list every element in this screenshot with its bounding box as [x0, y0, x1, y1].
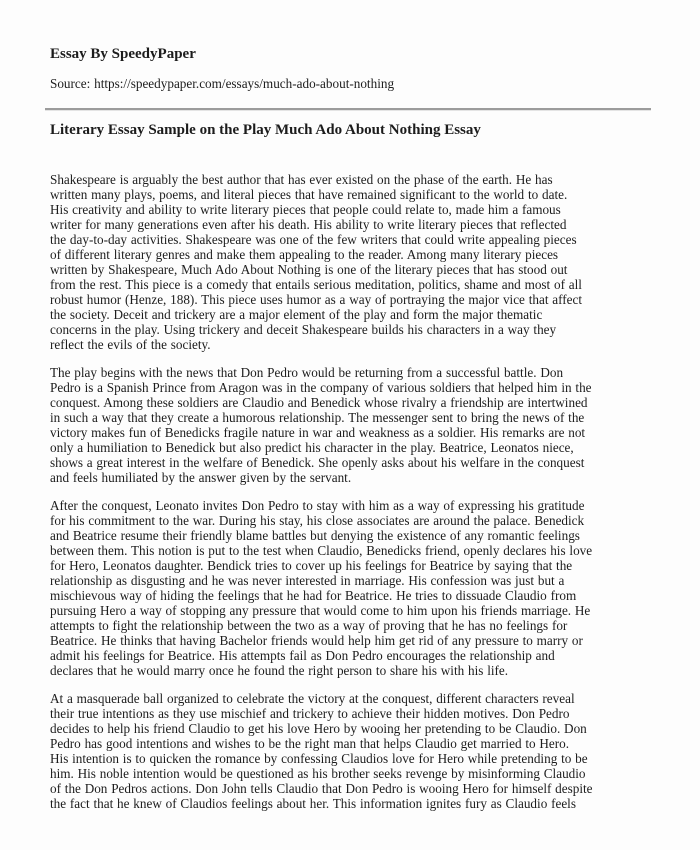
essay-line: shows a great interest in the welfare of…: [50, 455, 690, 470]
essay-line: At a masquerade ball organized to celebr…: [50, 691, 690, 706]
essay-line: Pedro is a Spanish Prince from Aragon wa…: [50, 380, 690, 395]
essay-line: Pedro has good intentions and wishes to …: [50, 736, 690, 751]
essay-title: Literary Essay Sample on the Play Much A…: [50, 122, 690, 138]
essay-line: of different literary genres and make th…: [50, 247, 690, 262]
source-line: Source: https://speedypaper.com/essays/m…: [50, 76, 690, 91]
essay-line: attempts to fight the relationship betwe…: [50, 618, 690, 633]
essay-line: from the rest. This piece is a comedy th…: [50, 277, 690, 292]
essay-line: concerns in the play. Using trickery and…: [50, 322, 690, 337]
source-label: Source:: [50, 76, 90, 91]
essay-line: the society. Deceit and trickery are a m…: [50, 307, 690, 322]
essay-line: and Beatrice resume their friendly blame…: [50, 528, 690, 543]
essay-line: admit his feelings for Beatrice. His att…: [50, 648, 690, 663]
essay-line: The play begins with the news that Don P…: [50, 365, 690, 380]
essay-line: written by Shakespeare, Much Ado About N…: [50, 262, 690, 277]
essay-line: for his commitment to the war. During hi…: [50, 513, 690, 528]
essay-line: mischievous way of hiding the feelings t…: [50, 588, 690, 603]
essay-line: decides to help his friend Claudio to ge…: [50, 721, 690, 736]
essay-line: relationship as disgusting and he was ne…: [50, 573, 690, 588]
essay-line: him. His noble intention would be questi…: [50, 766, 690, 781]
essay-line: in such a way that they create a humorou…: [50, 410, 690, 425]
essay-paragraph-3: After the conquest, Leonato invites Don …: [50, 498, 690, 678]
essay-byline: Essay By SpeedyPaper: [50, 46, 690, 62]
essay-line: for Hero, Leonatos daughter. Bendick tri…: [50, 558, 690, 573]
essay-line: of the Don Pedros actions. Don John tell…: [50, 781, 690, 796]
essay-line: His creativity and ability to write lite…: [50, 202, 690, 217]
header-divider: [45, 108, 651, 110]
essay-line: written many plays, poems, and literal p…: [50, 187, 690, 202]
essay-paragraph-4: At a masquerade ball organized to celebr…: [50, 691, 690, 811]
essay-paragraph-1: Shakespeare is arguably the best author …: [50, 172, 690, 352]
essay-line: conquest. Among these soldiers are Claud…: [50, 395, 690, 410]
essay-line: declares that he would marry once he fou…: [50, 663, 690, 678]
essay-line: pursuing Hero a way of stopping any pres…: [50, 603, 690, 618]
essay-line: between them. This notion is put to the …: [50, 543, 690, 558]
essay-line: Shakespeare is arguably the best author …: [50, 172, 690, 187]
essay-line: reflect the evils of the society.: [50, 337, 690, 352]
essay-line: victory makes fun of Benedicks fragile n…: [50, 425, 690, 440]
essay-line: the fact that he knew of Claudios feelin…: [50, 796, 690, 811]
essay-line: After the conquest, Leonato invites Don …: [50, 498, 690, 513]
essay-line: writer for many generations even after h…: [50, 217, 690, 232]
essay-paragraph-2: The play begins with the news that Don P…: [50, 365, 690, 485]
essay-line: their true intentions as they use mischi…: [50, 706, 690, 721]
essay-line: robust humor (Henze, 188). This piece us…: [50, 292, 690, 307]
source-url: https://speedypaper.com/essays/much-ado-…: [94, 76, 394, 91]
essay-line: only a humiliation to Benedick but also …: [50, 440, 690, 455]
essay-line: His intention is to quicken the romance …: [50, 751, 690, 766]
document-page: Essay By SpeedyPaper Source: https://spe…: [0, 0, 700, 850]
essay-line: Beatrice. He thinks that having Bachelor…: [50, 633, 690, 648]
essay-line: and feels humiliated by the answer given…: [50, 470, 690, 485]
essay-line: the day-to-day activities. Shakespeare w…: [50, 232, 690, 247]
